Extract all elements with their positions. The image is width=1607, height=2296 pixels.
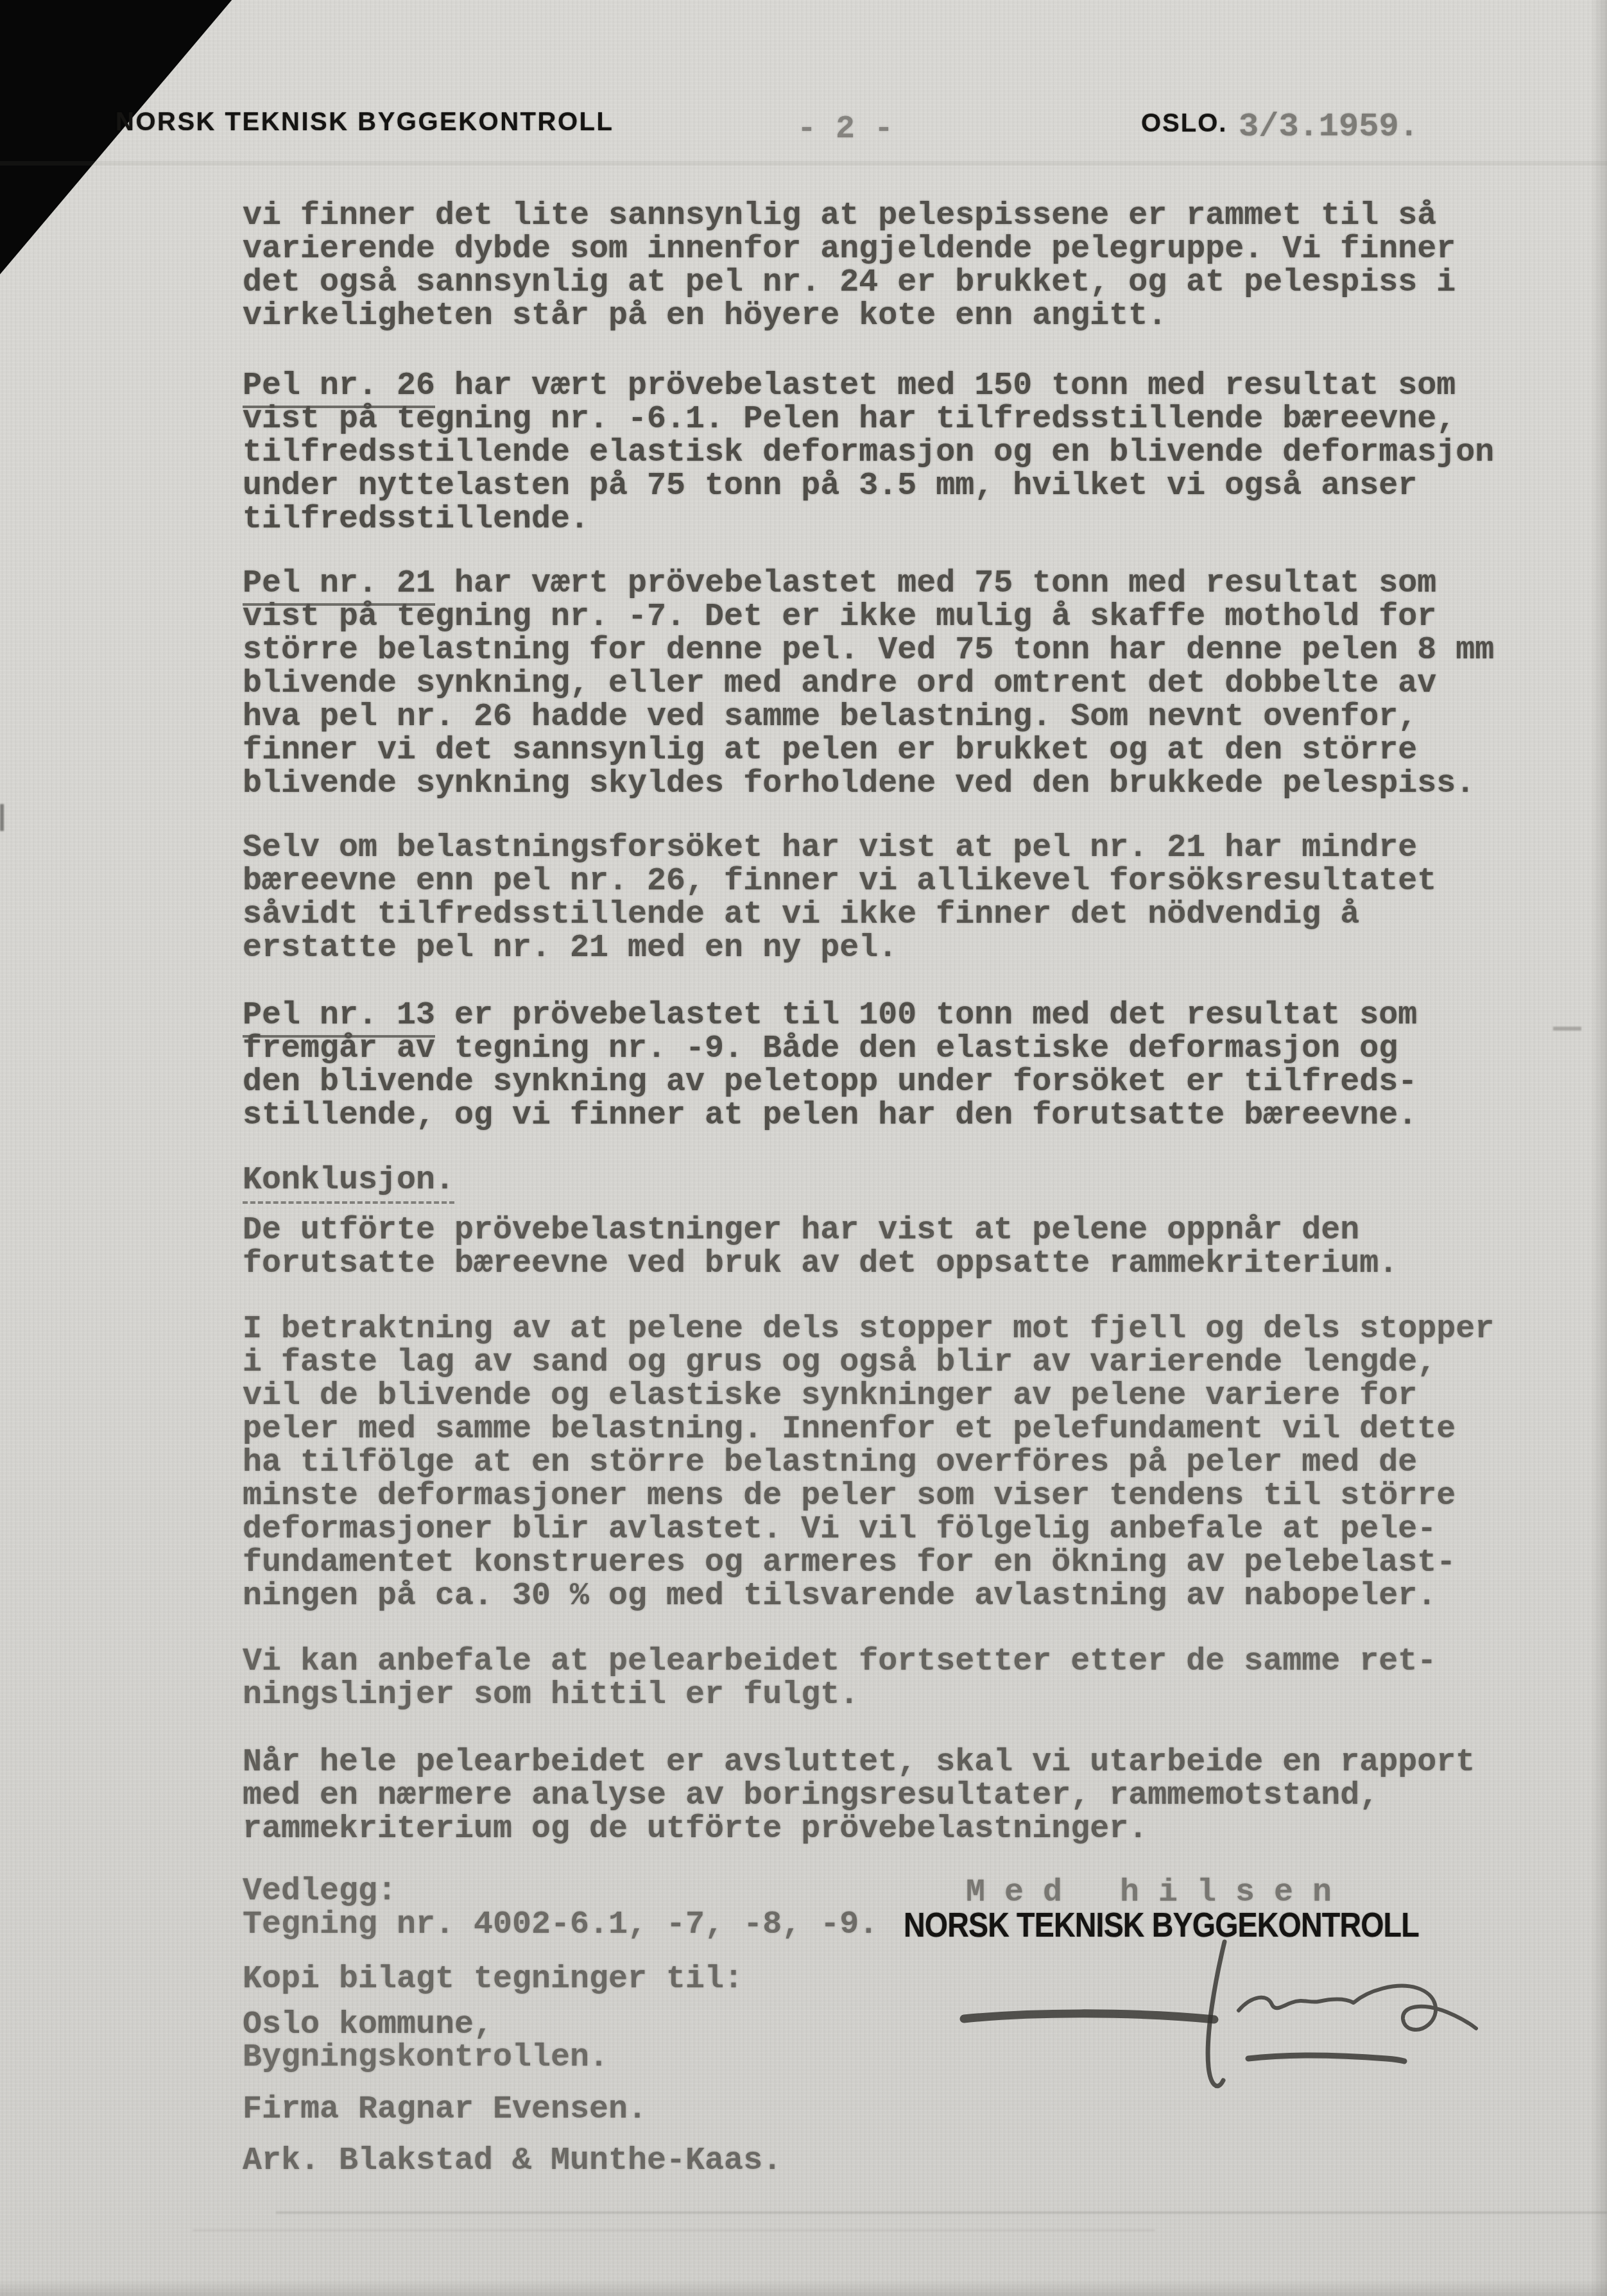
- pel-21-text: har vært prövebelastet med 75 tonn med r…: [243, 565, 1494, 802]
- letterhead-company: NORSK TEKNISK BYGGEKONTROLL: [116, 108, 614, 137]
- scan-edge-shadow-bottom: [0, 2279, 1607, 2296]
- paragraph-intro: vi finner det lite sannsynlig at pelespi…: [243, 200, 1456, 333]
- recipient-oslo-kommune: Oslo kommune,: [243, 2009, 493, 2042]
- kopi-heading: Kopi bilagt tegninger til:: [243, 1963, 743, 1996]
- konklusjon-heading: Konklusjon.: [243, 1164, 454, 1197]
- scanned-letter-page: { "colors": { "paper": "#d6d5d1", "ink":…: [0, 0, 1607, 2296]
- attachments-line: Tegning nr. 4002-6.1, -7, -8, -9.: [243, 1908, 878, 1942]
- paragraph-betraktning: I betraktning av at pelene dels stopper …: [243, 1313, 1494, 1613]
- recipient-bygningskontrollen: Bygningskontrollen.: [243, 2041, 608, 2075]
- paragraph-rapport: Når hele pelearbeidet er avsluttet, skal…: [243, 1746, 1475, 1846]
- scan-line-artifact: [193, 2229, 1155, 2231]
- page-number: - 2 -: [797, 113, 893, 146]
- letter-date: 3/3.1959.: [1239, 110, 1419, 144]
- paragraph-pel-26: Pel nr. 26 har vært prövebelastet med 15…: [243, 370, 1494, 536]
- salutation: M e d h i l s e n: [966, 1876, 1332, 1910]
- letterhead-place: OSLO.: [1141, 109, 1227, 138]
- scan-edge-shadow-right: [1590, 0, 1607, 2296]
- recipient-firma-ragnar-evensen: Firma Ragnar Evensen.: [243, 2093, 647, 2127]
- signature-handwriting: [924, 1937, 1502, 2103]
- paragraph-pel-13: Pel nr. 13 er prövebelastet til 100 tonn…: [243, 999, 1417, 1133]
- paragraph-selv-om: Selv om belastningsforsöket har vist at …: [243, 832, 1436, 965]
- vedlegg-label: Vedlegg:: [243, 1875, 397, 1908]
- paragraph-anbefaling: Vi kan anbefale at pelearbeidet fortsett…: [243, 1645, 1436, 1712]
- scan-dash-artifact: [1553, 1027, 1581, 1031]
- scan-crease: [0, 161, 1607, 166]
- paragraph-pel-21: Pel nr. 21 har vært prövebelastet med 75…: [243, 567, 1494, 801]
- scan-line-artifact: [276, 2211, 1607, 2214]
- scan-edge-mark: [0, 804, 4, 831]
- paragraph-konklusjon: De utförte prövebelastninger har vist at…: [243, 1214, 1398, 1281]
- recipient-ark-blakstad-munthe-kaas: Ark. Blakstad & Munthe-Kaas.: [243, 2145, 782, 2178]
